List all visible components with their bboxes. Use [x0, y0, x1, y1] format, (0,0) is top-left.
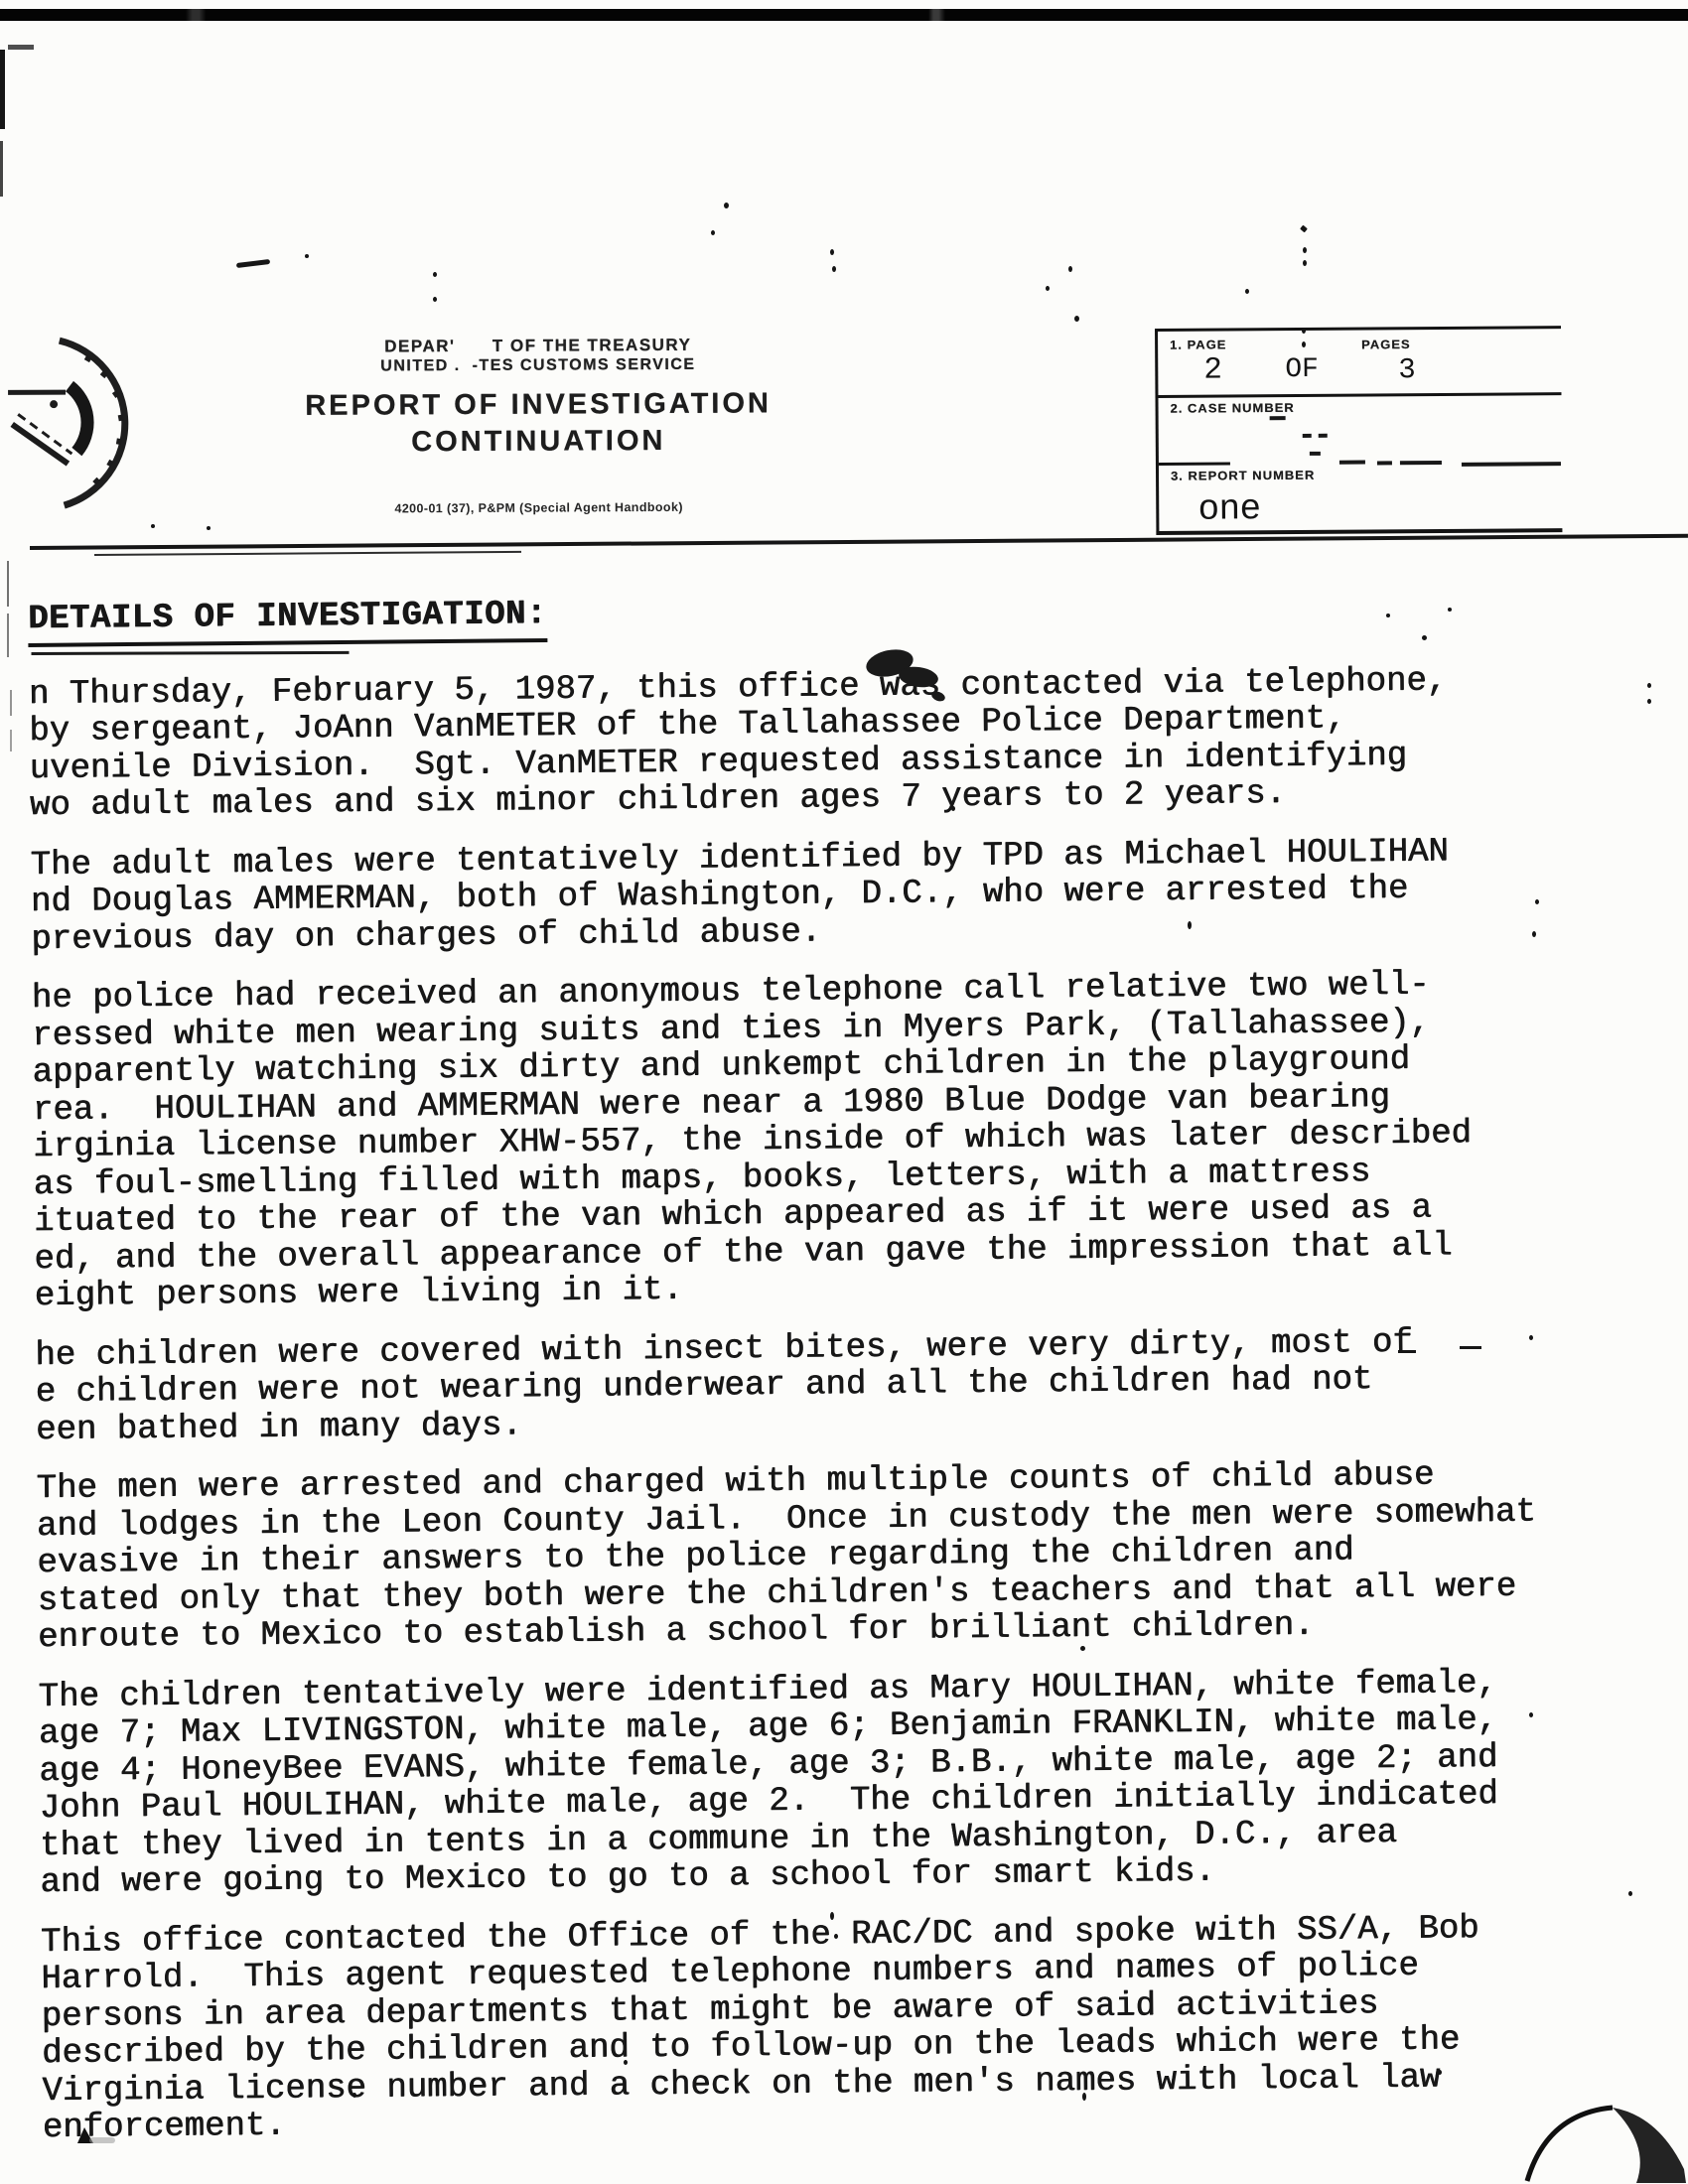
- scan-speckle: [1245, 289, 1249, 294]
- scan-speckle: [1068, 266, 1072, 272]
- scan-edge-artifact: [10, 730, 12, 751]
- scan-speckle: [1535, 899, 1539, 904]
- scanned-report-page: DEPAR' T OF THE TREASURY UNITED . -TES C…: [0, 0, 1688, 2184]
- scan-speckle: [1303, 260, 1307, 266]
- scan-speckle: [1046, 286, 1050, 291]
- scan-speckle: [1438, 2070, 1442, 2075]
- section-heading-wrap: DETAILS OF INVESTIGATION:: [28, 587, 1607, 647]
- scan-speckle: [830, 1912, 834, 1920]
- scan-speckle: [1628, 1891, 1632, 1896]
- scan-speckle: [624, 2060, 628, 2065]
- scan-speckle: [1448, 608, 1452, 612]
- scan-speckle: [951, 806, 955, 811]
- redaction-mark: [1339, 461, 1365, 465]
- report-subtitle: CONTINUATION: [300, 424, 776, 460]
- scan-speckle: [1074, 316, 1079, 322]
- redaction-mark: [1319, 434, 1328, 438]
- redaction-mark: [1303, 434, 1312, 438]
- customs-service-seal-icon: [0, 335, 168, 514]
- body-paragraph: This office contacted the Office of the …: [41, 1909, 1621, 2147]
- scan-speckle: [1647, 683, 1651, 688]
- redaction-mark: [1377, 461, 1392, 465]
- scan-speckle: [1303, 247, 1307, 253]
- redaction-mark: [1270, 416, 1286, 420]
- scan-speckle: [724, 203, 729, 208]
- case-number-label: 2. CASE NUMBER: [1171, 400, 1295, 415]
- scan-speckle: [711, 230, 715, 235]
- body-paragraph: The children tentatively were identified…: [38, 1664, 1618, 1902]
- scan-speckle: [1647, 699, 1651, 704]
- scan-edge-artifact: [7, 614, 9, 657]
- box-divider: [1158, 392, 1561, 398]
- scan-speckle: [207, 526, 211, 530]
- scan-speckle: [1532, 931, 1536, 937]
- total-pages-value: 3: [1398, 353, 1416, 386]
- scan-speckle: [832, 266, 836, 272]
- ink-blot: [89, 2137, 115, 2143]
- scan-speckle: [151, 524, 155, 528]
- body-paragraph: he children were covered with insect bit…: [35, 1322, 1615, 1449]
- section-heading: DETAILS OF INVESTIGATION:: [28, 597, 547, 647]
- box-divider: [1159, 462, 1230, 466]
- scan-speckle: [1082, 2093, 1086, 2101]
- scan-speckle: [1188, 921, 1192, 929]
- scan-speckle: [1422, 635, 1427, 640]
- report-number-label: 3. REPORT NUMBER: [1171, 468, 1315, 482]
- redaction-mark: [1462, 462, 1561, 467]
- page-of-word: OF: [1285, 354, 1319, 385]
- body-paragraph: The adult males were tentatively identif…: [30, 832, 1610, 959]
- scan-speckle: [305, 254, 309, 258]
- report-title: REPORT OF INVESTIGATION: [300, 387, 776, 423]
- body-paragraph: n Thursday, February 5, 1987, this offic…: [29, 661, 1609, 825]
- scan-speckle: [1529, 1712, 1533, 1717]
- scan-speckle: [352, 2093, 356, 2098]
- scan-speckle: [830, 249, 834, 255]
- scan-speckle: [1080, 1646, 1085, 1651]
- page-number-value: 2: [1203, 353, 1222, 388]
- report-body: DETAILS OF INVESTIGATION: n Thursday, Fe…: [28, 587, 1621, 2170]
- body-paragraph: he police had received an anonymous tele…: [32, 966, 1614, 1316]
- scan-edge-artifact: [10, 690, 12, 716]
- body-paragraph: The men were arrested and charged with m…: [36, 1456, 1617, 1658]
- report-number-value: one: [1198, 485, 1261, 527]
- scan-speckle: [1302, 328, 1306, 334]
- redaction-mark: [1310, 452, 1321, 456]
- form-meta-box: 1. PAGE PAGES 2 OF 3 2. CASE NUMBER 3. R…: [1155, 326, 1562, 535]
- scan-speckle: [433, 272, 437, 277]
- agency-name-line1: DEPAR' T OF THE TREASURY: [350, 336, 727, 357]
- pages-field-label: PAGES: [1361, 338, 1411, 352]
- scan-speckle: [1460, 1346, 1481, 1349]
- agency-name-line2: UNITED . -TES CUSTOMS SERVICE: [350, 356, 727, 376]
- scan-speckle: [1386, 614, 1390, 617]
- scan-speckle: [1302, 341, 1306, 347]
- pen-swoosh-artifact: [1509, 2100, 1688, 2184]
- form-reference-number: 4200-01 (37), P&PM (Special Agent Handbo…: [331, 500, 748, 516]
- scan-speckle: [834, 1934, 838, 1939]
- scan-speckle: [433, 297, 437, 302]
- scan-edge-artifact: [7, 561, 9, 607]
- page-field-label: 1. PAGE: [1170, 338, 1226, 352]
- scan-speckle: [1398, 1350, 1416, 1353]
- redaction-mark: [1400, 461, 1442, 465]
- scan-speckle: [1529, 1335, 1533, 1340]
